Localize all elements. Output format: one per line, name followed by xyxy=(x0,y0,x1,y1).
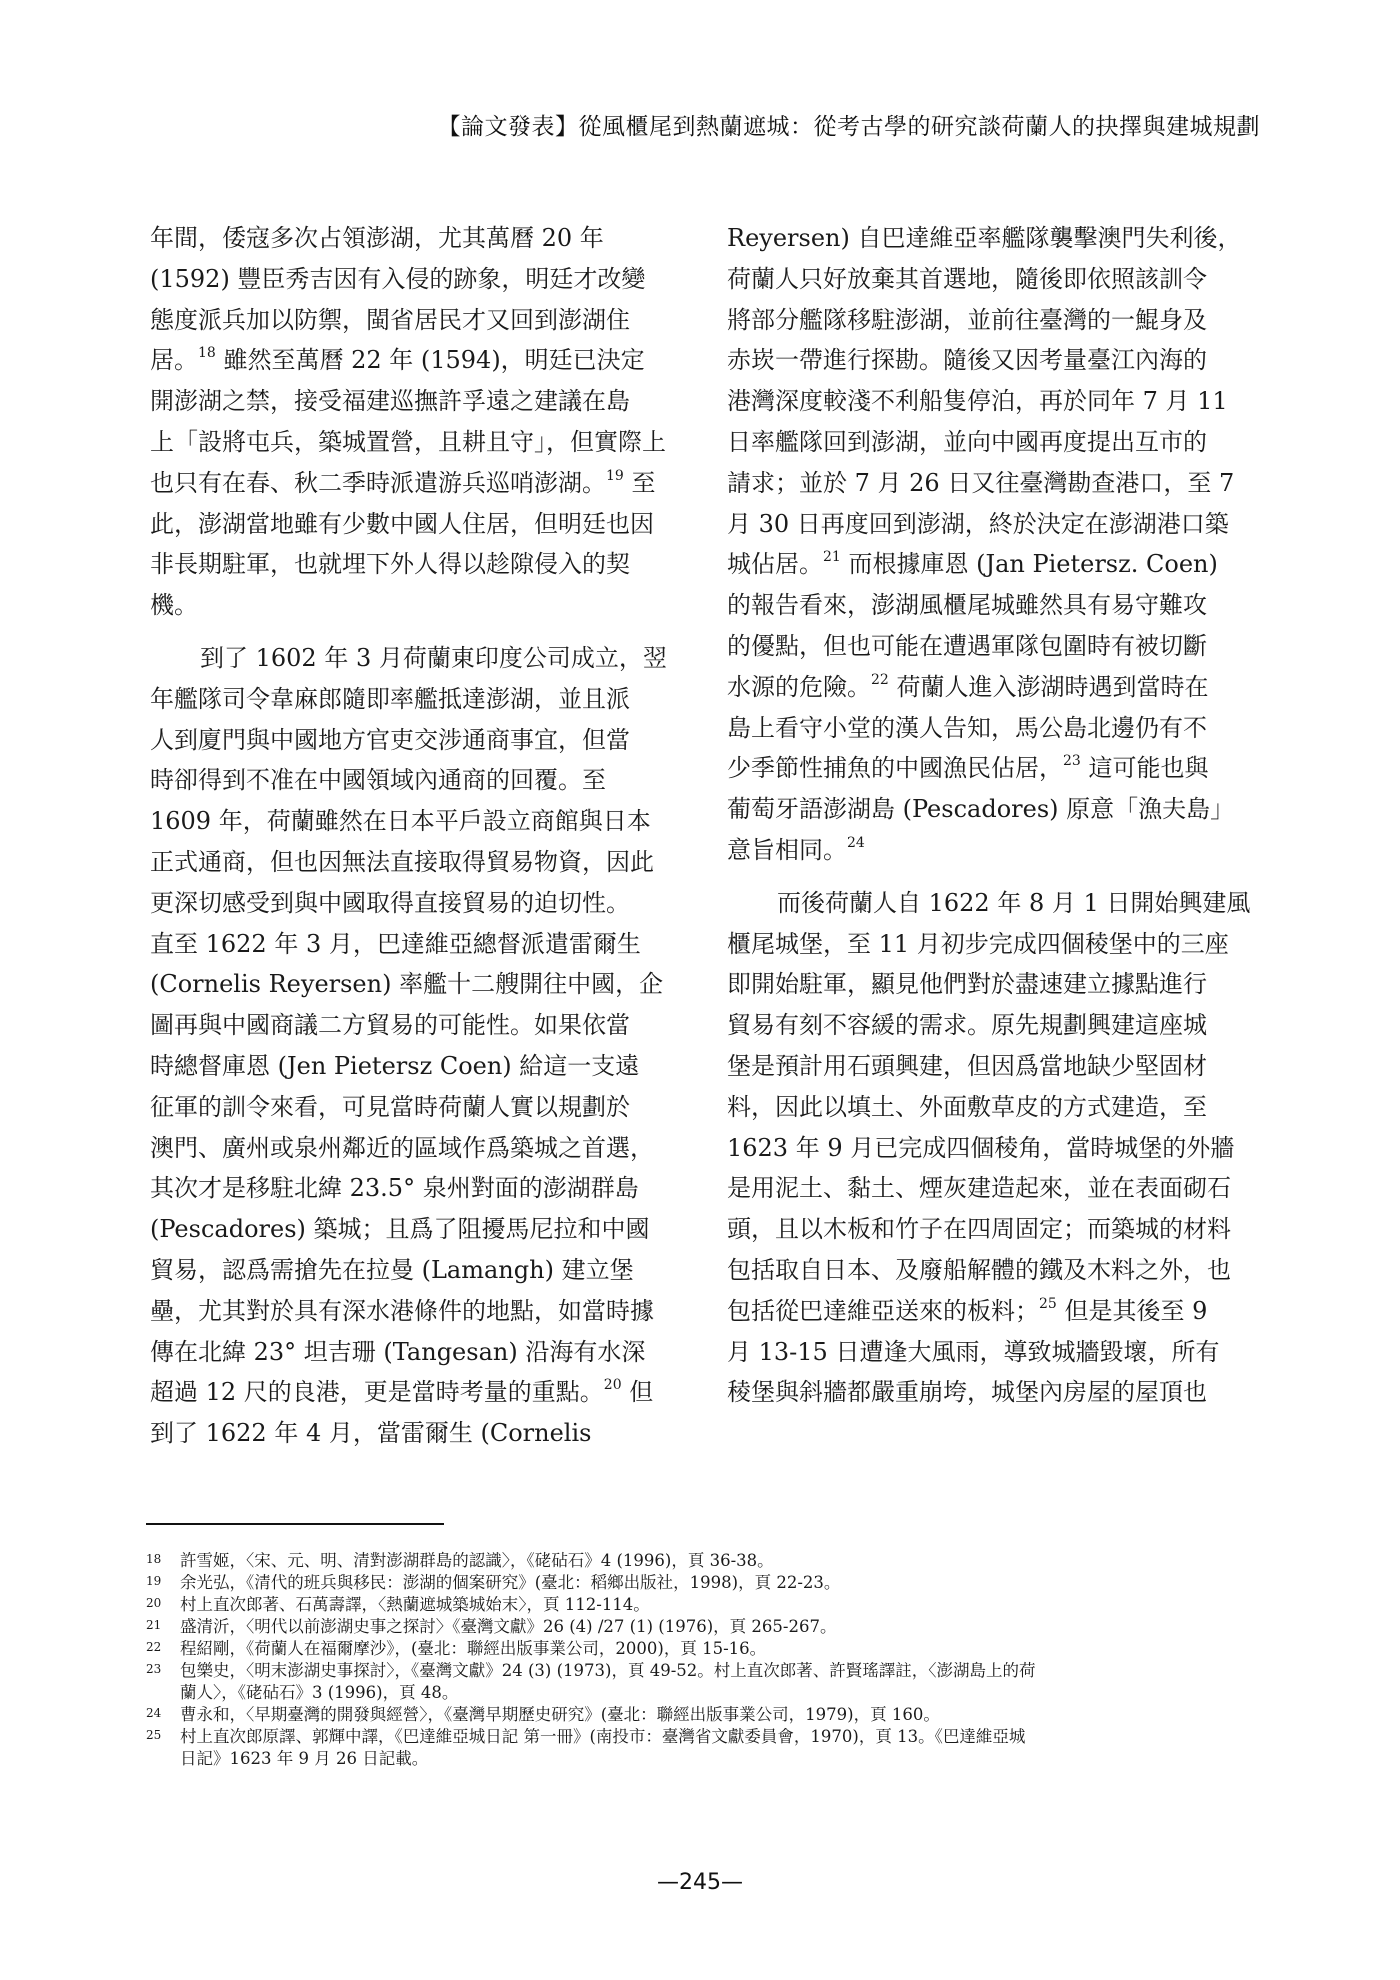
text-line: (Cornelis Reyersen) 率艦十二艘開往中國，企 xyxy=(150,964,678,1005)
line-text: 非長期駐軍，也就埋下外人得以趁隙侵入的契 xyxy=(150,550,630,578)
text-line: 日率艦隊回到澎湖，並向中國再度提出互市的 xyxy=(727,422,1255,463)
line-text: 將部分艦隊移駐澎湖，並前往臺灣的一鯤身及 xyxy=(727,306,1207,334)
running-header: 【論文發表】從風櫃尾到熱蘭遮城：從考古學的研究談荷蘭人的抉擇與建城規劃 xyxy=(438,108,1261,141)
line-text: 貿易有刻不容緩的需求。原先規劃興建這座城 xyxy=(727,1011,1207,1039)
line-text-after: 至 xyxy=(624,469,656,497)
text-line: 征軍的訓令來看，可見當時荷蘭人實以規劃於 xyxy=(150,1087,678,1128)
footnote-ref[interactable]: 25 xyxy=(1039,1296,1057,1312)
text-line: 澳門、廣州或泉州鄰近的區域作爲築城之首選， xyxy=(150,1128,678,1169)
footnote-number: 25 xyxy=(146,1726,180,1770)
footnote-ref[interactable]: 19 xyxy=(606,468,624,484)
line-text: 更深切感受到與中國取得直接貿易的迫切性。 xyxy=(150,889,630,917)
text-line: 態度派兵加以防禦，閩省居民才又回到澎湖住 xyxy=(150,300,678,341)
text-line: 到了 1622 年 4 月，當雷爾生 (Cornelis xyxy=(150,1413,678,1454)
text-line: 水源的危險。22 荷蘭人進入澎湖時遇到當時在 xyxy=(727,667,1255,708)
text-line: 的優點，但也可能在遭遇軍隊包圍時有被切斷 xyxy=(727,626,1255,667)
line-text: 堡是預計用石頭興建，但因爲當地缺少堅固材 xyxy=(727,1052,1207,1080)
text-line: 將部分艦隊移駐澎湖，並前往臺灣的一鯤身及 xyxy=(727,300,1255,341)
line-text: 櫃尾城堡，至 11 月初步完成四個稜堡中的三座 xyxy=(727,930,1229,958)
footnote-item: 25村上直次郎原譯、郭輝中譯，《巴達維亞城日記 第一冊》(南投市：臺灣省文獻委員… xyxy=(146,1726,1266,1770)
line-text: 時卻得到不准在中國領域內通商的回覆。至 xyxy=(150,766,606,794)
text-line: 包括取自日本、及廢船解體的鐵及木料之外，也 xyxy=(727,1250,1255,1291)
footnote-ref[interactable]: 21 xyxy=(823,549,841,565)
line-text: 貿易，認爲需搶先在拉曼 (Lamangh) 建立堡 xyxy=(150,1256,634,1284)
text-line: 年艦隊司令韋麻郎隨即率艦抵達澎湖，並且派 xyxy=(150,679,678,720)
text-line: 時總督庫恩 (Jen Pietersz Coen) 給這一支遠 xyxy=(150,1046,678,1087)
line-text-after: 這可能也與 xyxy=(1081,754,1209,782)
line-text: 的報告看來，澎湖風櫃尾城雖然具有易守難攻 xyxy=(727,591,1207,619)
line-text: 超過 12 尺的良港，更是當時考量的重點。 xyxy=(150,1378,604,1406)
line-text: 日率艦隊回到澎湖，並向中國再度提出互市的 xyxy=(727,428,1207,456)
text-line: 包括從巴達維亞送來的板料；25 但是其後至 9 xyxy=(727,1291,1255,1332)
line-text: (1592) 豐臣秀吉因有入侵的跡象，明廷才改變 xyxy=(150,265,645,293)
text-line: Reyersen) 自巴達維亞率艦隊襲擊澳門失利後， xyxy=(727,218,1255,259)
line-text: 月 13-15 日遭逢大風雨，導致城牆毀壞，所有 xyxy=(727,1338,1219,1366)
line-text: 上「設將屯兵，築城置營，且耕且守」，但實際上 xyxy=(150,428,666,456)
line-text: 頭，且以木板和竹子在四周固定；而築城的材料 xyxy=(727,1215,1231,1243)
text-line: 意旨相同。24 xyxy=(727,830,1255,871)
text-line: 正式通商，但也因無法直接取得貿易物資，因此 xyxy=(150,842,678,883)
text-line: 直至 1622 年 3 月，巴達維亞總督派遣雷爾生 xyxy=(150,924,678,965)
footnote-number: 20 xyxy=(146,1594,180,1616)
footnote-text: 曹永和，〈早期臺灣的開發與經營〉，《臺灣早期歷史研究》(臺北：聯經出版事業公司，… xyxy=(180,1704,1266,1726)
line-text: 島上看守小堂的漢人告知，馬公島北邊仍有不 xyxy=(727,714,1207,742)
footnote-number: 18 xyxy=(146,1550,180,1572)
line-text: 赤崁一帶進行探勘。隨後又因考量臺江內海的 xyxy=(727,346,1207,374)
line-text: 1609 年，荷蘭雖然在日本平戶設立商館與日本 xyxy=(150,807,651,835)
footnote-item: 19余光弘，《清代的班兵與移民：澎湖的個案研究》(臺北：稻鄉出版社，1998)，… xyxy=(146,1572,1266,1594)
line-text-after: 但 xyxy=(622,1378,654,1406)
line-text: 稜堡與斜牆都嚴重崩垮，城堡內房屋的屋頂也 xyxy=(727,1378,1207,1406)
footnote-number: 24 xyxy=(146,1704,180,1726)
footnotes: 18許雪姬，〈宋、元、明、清對澎湖群島的認識〉，《硓砧石》4 (1996)，頁 … xyxy=(146,1550,1266,1770)
text-line: 1609 年，荷蘭雖然在日本平戶設立商館與日本 xyxy=(150,801,678,842)
text-line: 而後荷蘭人自 1622 年 8 月 1 日開始興建風 xyxy=(727,883,1255,924)
line-text: 荷蘭人只好放棄其首選地，隨後即依照該訓令 xyxy=(727,265,1207,293)
line-text: 人到廈門與中國地方官吏交涉通商事宜，但當 xyxy=(150,726,630,754)
footnote-item: 18許雪姬，〈宋、元、明、清對澎湖群島的認識〉，《硓砧石》4 (1996)，頁 … xyxy=(146,1550,1266,1572)
footnote-item: 23包樂史，〈明末澎湖史事探討〉，《臺灣文獻》24 (3) (1973)，頁 4… xyxy=(146,1660,1266,1704)
line-text: 澳門、廣州或泉州鄰近的區域作爲築城之首選， xyxy=(150,1134,654,1162)
line-text: 即開始駐軍，顯見他們對於盡速建立據點進行 xyxy=(727,970,1207,998)
footnote-ref[interactable]: 20 xyxy=(604,1377,622,1393)
text-line: 壘，尤其對於具有深水港條件的地點，如當時據 xyxy=(150,1291,678,1332)
line-text: (Cornelis Reyersen) 率艦十二艘開往中國，企 xyxy=(150,970,663,998)
text-line: 超過 12 尺的良港，更是當時考量的重點。20 但 xyxy=(150,1372,678,1413)
line-text: 1623 年 9 月已完成四個稜角，當時城堡的外牆 xyxy=(727,1134,1234,1162)
text-line: 少季節性捕魚的中國漁民佔居，23 這可能也與 xyxy=(727,748,1255,789)
footnote-item: 21盛清沂，〈明代以前澎湖史事之探討〉《臺灣文獻》26 (4) /27 (1) … xyxy=(146,1616,1266,1638)
line-text: 此，澎湖當地雖有少數中國人住居，但明廷也因 xyxy=(150,510,654,538)
line-text: 少季節性捕魚的中國漁民佔居， xyxy=(727,754,1063,782)
footnote-number: 22 xyxy=(146,1638,180,1660)
paragraph-gap xyxy=(150,626,678,638)
text-line: 更深切感受到與中國取得直接貿易的迫切性。 xyxy=(150,883,678,924)
line-text: 圖再與中國商議二方貿易的可能性。如果依當 xyxy=(150,1011,630,1039)
line-text-after: 而根據庫恩 (Jan Pietersz. Coen) xyxy=(841,550,1218,578)
line-text: 葡萄牙語澎湖島 (Pescadores) 原意「漁夫島」 xyxy=(727,795,1234,823)
text-line: 月 30 日再度回到澎湖，終於決定在澎湖港口築 xyxy=(727,504,1255,545)
line-text: 傳在北緯 23° 坦吉珊 (Tangesan) 沿海有水深 xyxy=(150,1338,645,1366)
line-text: (Pescadores) 築城；且爲了阻擾馬尼拉和中國 xyxy=(150,1215,650,1243)
footnote-text: 許雪姬，〈宋、元、明、清對澎湖群島的認識〉，《硓砧石》4 (1996)，頁 36… xyxy=(180,1550,1266,1572)
text-line: 也只有在春、秋二季時派遣游兵巡哨澎湖。19 至 xyxy=(150,463,678,504)
text-line: 赤崁一帶進行探勘。隨後又因考量臺江內海的 xyxy=(727,340,1255,381)
text-line: 人到廈門與中國地方官吏交涉通商事宜，但當 xyxy=(150,720,678,761)
text-line: 時卻得到不准在中國領域內通商的回覆。至 xyxy=(150,760,678,801)
text-line: 圖再與中國商議二方貿易的可能性。如果依當 xyxy=(150,1005,678,1046)
text-line: 到了 1602 年 3 月荷蘭東印度公司成立，翌 xyxy=(150,638,678,679)
text-line: 櫃尾城堡，至 11 月初步完成四個稜堡中的三座 xyxy=(727,924,1255,965)
text-line: 港灣深度較淺不利船隻停泊，再於同年 7 月 11 xyxy=(727,381,1255,422)
text-line: 居。18 雖然至萬曆 22 年 (1594)，明廷已決定 xyxy=(150,340,678,381)
text-line: 傳在北緯 23° 坦吉珊 (Tangesan) 沿海有水深 xyxy=(150,1332,678,1373)
text-line: 的報告看來，澎湖風櫃尾城雖然具有易守難攻 xyxy=(727,585,1255,626)
line-text: 也只有在春、秋二季時派遣游兵巡哨澎湖。 xyxy=(150,469,606,497)
footnote-ref[interactable]: 24 xyxy=(847,835,865,851)
text-line: 島上看守小堂的漢人告知，馬公島北邊仍有不 xyxy=(727,708,1255,749)
line-text: 正式通商，但也因無法直接取得貿易物資，因此 xyxy=(150,848,654,876)
text-line: 1623 年 9 月已完成四個稜角，當時城堡的外牆 xyxy=(727,1128,1255,1169)
line-text: 壘，尤其對於具有深水港條件的地點，如當時據 xyxy=(150,1297,654,1325)
left-column: 年間，倭寇多次占領澎湖，尤其萬曆 20 年(1592) 豐臣秀吉因有入侵的跡象，… xyxy=(150,218,678,1454)
line-text: 態度派兵加以防禦，閩省居民才又回到澎湖住 xyxy=(150,306,630,334)
text-line: 貿易有刻不容緩的需求。原先規劃興建這座城 xyxy=(727,1005,1255,1046)
line-text: 年間，倭寇多次占領澎湖，尤其萬曆 20 年 xyxy=(150,224,604,252)
footnote-number: 21 xyxy=(146,1616,180,1638)
text-line: 機。 xyxy=(150,585,678,626)
line-text: 到了 1602 年 3 月荷蘭東印度公司成立，翌 xyxy=(200,644,667,672)
line-text-after: 雖然至萬曆 22 年 (1594)，明廷已決定 xyxy=(216,346,645,374)
right-column: Reyersen) 自巴達維亞率艦隊襲擊澳門失利後，荷蘭人只好放棄其首選地，隨後… xyxy=(727,218,1255,1413)
footnote-item: 22程紹剛，《荷蘭人在福爾摩沙》，(臺北：聯經出版事業公司，2000)，頁 15… xyxy=(146,1638,1266,1660)
line-text: 到了 1622 年 4 月，當雷爾生 (Cornelis xyxy=(150,1419,591,1447)
footnote-item: 20村上直次郎著、石萬壽譯，〈熱蘭遮城築城始末〉，頁 112-114。 xyxy=(146,1594,1266,1616)
line-text: 料，因此以填土、外面敷草皮的方式建造，至 xyxy=(727,1093,1207,1121)
line-text-after: 但是其後至 9 xyxy=(1057,1297,1208,1325)
footnote-ref[interactable]: 23 xyxy=(1063,753,1081,769)
text-line: 開澎湖之禁，接受福建巡撫許孚遠之建議在島 xyxy=(150,381,678,422)
text-line: 月 13-15 日遭逢大風雨，導致城牆毀壞，所有 xyxy=(727,1332,1255,1373)
footnote-ref[interactable]: 18 xyxy=(198,345,216,361)
footnote-ref[interactable]: 22 xyxy=(871,672,889,688)
text-line: 稜堡與斜牆都嚴重崩垮，城堡內房屋的屋頂也 xyxy=(727,1372,1255,1413)
line-text-after: 荷蘭人進入澎湖時遇到當時在 xyxy=(889,673,1209,701)
text-line: 非長期駐軍，也就埋下外人得以趁隙侵入的契 xyxy=(150,544,678,585)
page-number: —245— xyxy=(0,1870,1400,1895)
text-line: 年間，倭寇多次占領澎湖，尤其萬曆 20 年 xyxy=(150,218,678,259)
text-line: 貿易，認爲需搶先在拉曼 (Lamangh) 建立堡 xyxy=(150,1250,678,1291)
text-line: 其次才是移駐北緯 23.5° 泉州對面的澎湖群島 xyxy=(150,1168,678,1209)
line-text: 的優點，但也可能在遭遇軍隊包圍時有被切斷 xyxy=(727,632,1207,660)
text-line: 即開始駐軍，顯見他們對於盡速建立據點進行 xyxy=(727,964,1255,1005)
footnote-number: 23 xyxy=(146,1660,180,1704)
line-text: 是用泥土、黏土、煙灰建造起來，並在表面砌石 xyxy=(727,1174,1231,1202)
line-text: 月 30 日再度回到澎湖，終於決定在澎湖港口築 xyxy=(727,510,1229,538)
text-line: 請求；並於 7 月 26 日又往臺灣勘查港口，至 7 xyxy=(727,463,1255,504)
line-text: 意旨相同。 xyxy=(727,836,847,864)
text-line: 頭，且以木板和竹子在四周固定；而築城的材料 xyxy=(727,1209,1255,1250)
footnote-divider xyxy=(146,1523,444,1525)
line-text: 居。 xyxy=(150,346,198,374)
text-line: 上「設將屯兵，築城置營，且耕且守」，但實際上 xyxy=(150,422,678,463)
text-line: 料，因此以填土、外面敷草皮的方式建造，至 xyxy=(727,1087,1255,1128)
line-text: 城佔居。 xyxy=(727,550,823,578)
paragraph-gap xyxy=(727,871,1255,883)
line-text: 而後荷蘭人自 1622 年 8 月 1 日開始興建風 xyxy=(777,889,1250,917)
text-line: 堡是預計用石頭興建，但因爲當地缺少堅固材 xyxy=(727,1046,1255,1087)
text-line: 葡萄牙語澎湖島 (Pescadores) 原意「漁夫島」 xyxy=(727,789,1255,830)
line-text: 其次才是移駐北緯 23.5° 泉州對面的澎湖群島 xyxy=(150,1174,639,1202)
text-line: 荷蘭人只好放棄其首選地，隨後即依照該訓令 xyxy=(727,259,1255,300)
line-text: 包括從巴達維亞送來的板料； xyxy=(727,1297,1039,1325)
footnote-text: 村上直次郎著、石萬壽譯，〈熱蘭遮城築城始末〉，頁 112-114。 xyxy=(180,1594,1266,1616)
footnote-text: 盛清沂，〈明代以前澎湖史事之探討〉《臺灣文獻》26 (4) /27 (1) (1… xyxy=(180,1616,1266,1638)
footnote-text: 包樂史，〈明末澎湖史事探討〉，《臺灣文獻》24 (3) (1973)，頁 49-… xyxy=(180,1660,1266,1704)
line-text: 機。 xyxy=(150,591,198,619)
line-text: 直至 1622 年 3 月，巴達維亞總督派遣雷爾生 xyxy=(150,930,641,958)
text-line: 此，澎湖當地雖有少數中國人住居，但明廷也因 xyxy=(150,504,678,545)
footnote-number: 19 xyxy=(146,1572,180,1594)
line-text: 港灣深度較淺不利船隻停泊，再於同年 7 月 11 xyxy=(727,387,1228,415)
line-text: 水源的危險。 xyxy=(727,673,871,701)
line-text: 包括取自日本、及廢船解體的鐵及木料之外，也 xyxy=(727,1256,1231,1284)
line-text: 征軍的訓令來看，可見當時荷蘭人實以規劃於 xyxy=(150,1093,630,1121)
line-text: Reyersen) 自巴達維亞率艦隊襲擊澳門失利後， xyxy=(727,224,1241,252)
footnote-text: 村上直次郎原譯、郭輝中譯，《巴達維亞城日記 第一冊》(南投市：臺灣省文獻委員會，… xyxy=(180,1726,1266,1770)
text-line: 是用泥土、黏土、煙灰建造起來，並在表面砌石 xyxy=(727,1168,1255,1209)
line-text: 年艦隊司令韋麻郎隨即率艦抵達澎湖，並且派 xyxy=(150,685,630,713)
line-text: 時總督庫恩 (Jen Pietersz Coen) 給這一支遠 xyxy=(150,1052,639,1080)
line-text: 請求；並於 7 月 26 日又往臺灣勘查港口，至 7 xyxy=(727,469,1234,497)
line-text: 開澎湖之禁，接受福建巡撫許孚遠之建議在島 xyxy=(150,387,630,415)
text-line: (1592) 豐臣秀吉因有入侵的跡象，明廷才改變 xyxy=(150,259,678,300)
footnote-item: 24曹永和，〈早期臺灣的開發與經營〉，《臺灣早期歷史研究》(臺北：聯經出版事業公… xyxy=(146,1704,1266,1726)
footnote-text: 程紹剛，《荷蘭人在福爾摩沙》，(臺北：聯經出版事業公司，2000)，頁 15-1… xyxy=(180,1638,1266,1660)
text-line: 城佔居。21 而根據庫恩 (Jan Pietersz. Coen) xyxy=(727,544,1255,585)
text-line: (Pescadores) 築城；且爲了阻擾馬尼拉和中國 xyxy=(150,1209,678,1250)
footnote-text: 余光弘，《清代的班兵與移民：澎湖的個案研究》(臺北：稻鄉出版社，1998)，頁 … xyxy=(180,1572,1266,1594)
